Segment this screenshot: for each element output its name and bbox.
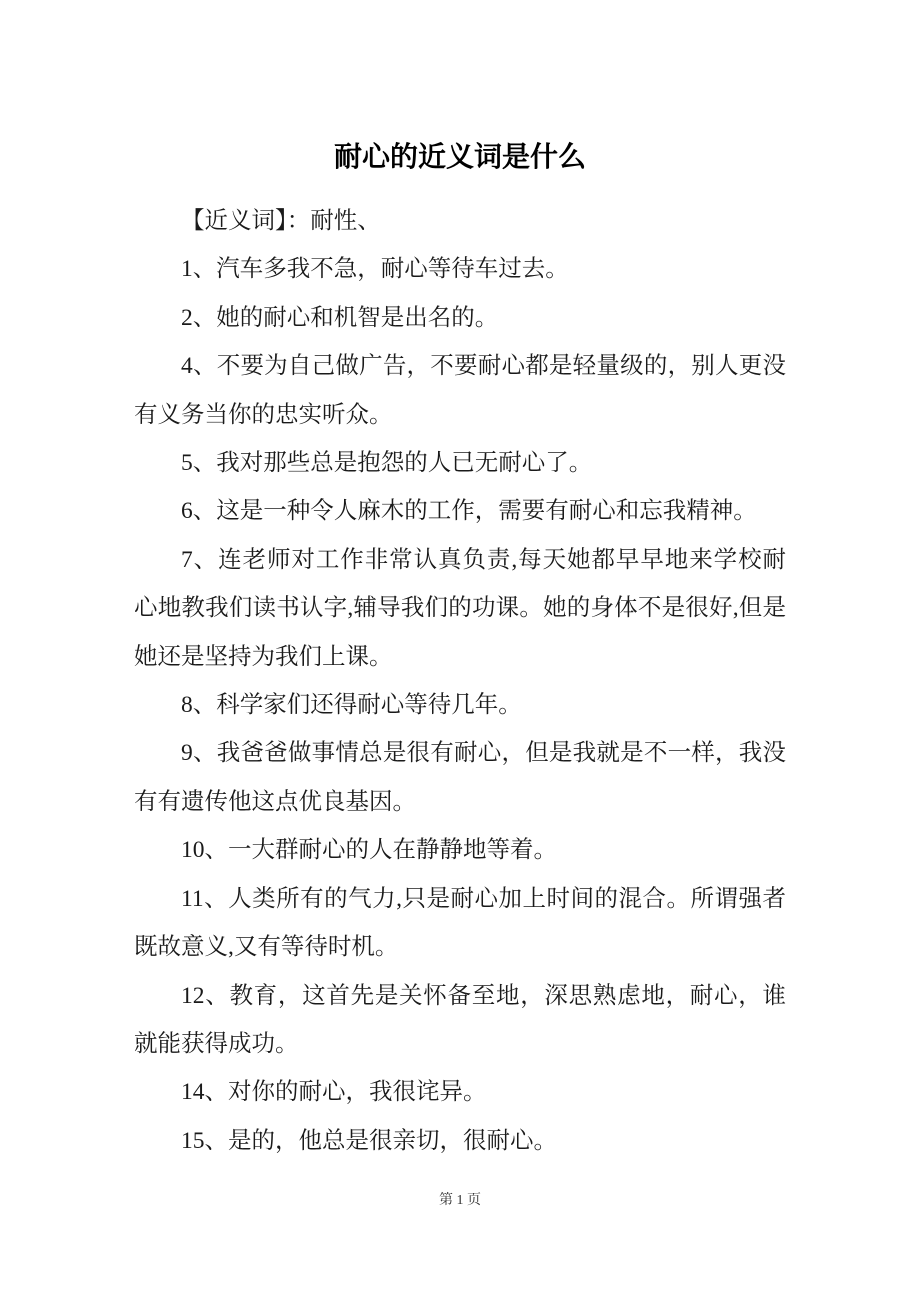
document-page: 耐心的近义词是什么 【近义词】：耐性、 1、汽车多我不急，耐心等待车过去。 2、… — [0, 0, 920, 1302]
sentence-item-1: 1、汽车多我不急，耐心等待车过去。 — [134, 245, 786, 293]
document-body: 【近义词】：耐性、 1、汽车多我不急，耐心等待车过去。 2、她的耐心和机智是出名… — [134, 197, 786, 1165]
page-number: 第 1 页 — [0, 1191, 920, 1211]
sentence-item-2: 2、她的耐心和机智是出名的。 — [134, 294, 786, 342]
sentence-item-9: 9、我爸爸做事情总是很有耐心，但是我就是不一样，我没有有遗传他这点优良基因。 — [134, 729, 786, 826]
sentence-item-11: 11、人类所有的气力,只是耐心加上时间的混合。所谓强者既故意义,又有等待时机。 — [134, 875, 786, 972]
sentence-item-12: 12、教育，这首先是关怀备至地，深思熟虑地，耐心，谁就能获得成功。 — [134, 972, 786, 1069]
sentence-item-4: 4、不要为自己做广告，不要耐心都是轻量级的，别人更没有义务当你的忠实听众。 — [134, 342, 786, 439]
sentence-item-10: 10、一大群耐心的人在静静地等着。 — [134, 826, 786, 874]
document-title: 耐心的近义词是什么 — [134, 140, 786, 174]
synonym-line: 【近义词】：耐性、 — [134, 197, 786, 245]
sentence-item-7: 7、连老师对工作非常认真负责,每天她都早早地来学校耐心地教我们读书认字,辅导我们… — [134, 536, 786, 681]
sentence-item-6: 6、这是一种令人麻木的工作，需要有耐心和忘我精神。 — [134, 487, 786, 535]
sentence-item-5: 5、我对那些总是抱怨的人已无耐心了。 — [134, 439, 786, 487]
sentence-item-15: 15、是的，他总是很亲切，很耐心。 — [134, 1117, 786, 1165]
sentence-item-14: 14、对你的耐心，我很诧异。 — [134, 1068, 786, 1116]
sentence-item-8: 8、科学家们还得耐心等待几年。 — [134, 681, 786, 729]
